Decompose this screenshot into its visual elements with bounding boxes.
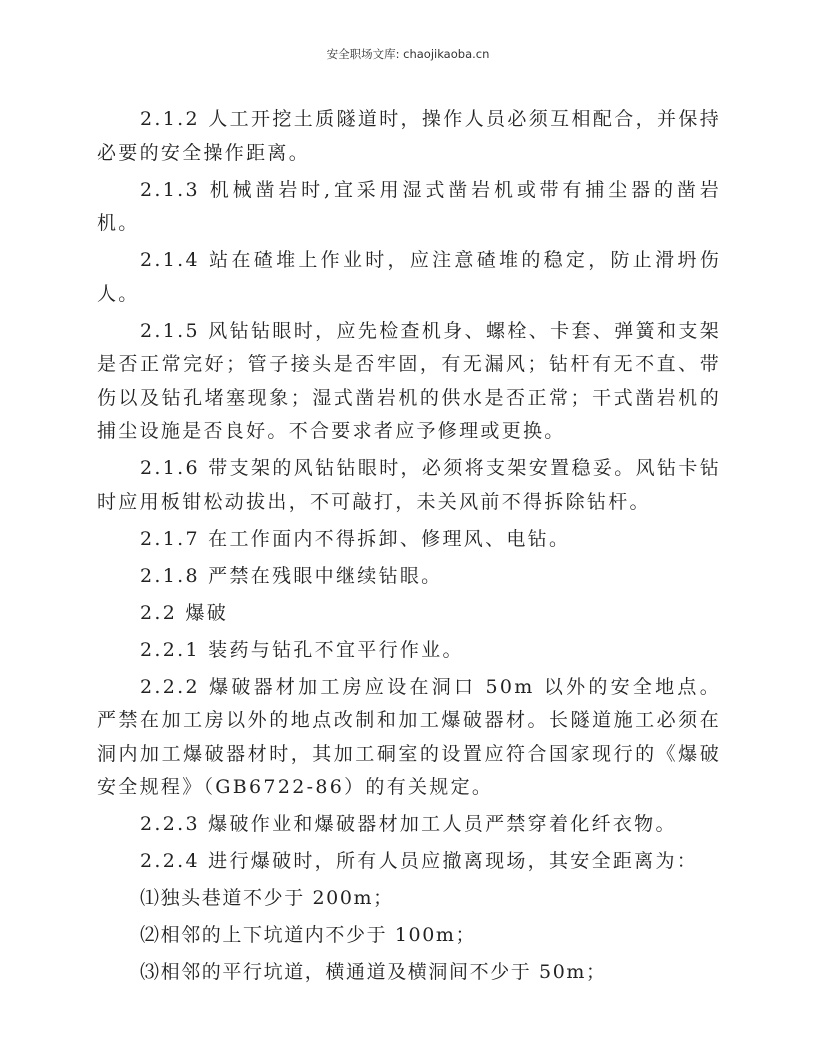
document-body: 2.1.2 人工开挖土质隧道时，操作人员必须互相配合，并保持必要的安全操作距离。… — [97, 103, 721, 993]
paragraph-2-1-7: 2.1.7 在工作面内不得拆卸、修理风、电钻。 — [97, 523, 721, 557]
section-heading-2-2: 2.2 爆破 — [97, 597, 721, 631]
paragraph-2-1-5: 2.1.5 风钻钻眼时，应先检查机身、螺栓、卡套、弹簧和支架是否正常完好；管子接… — [97, 315, 721, 449]
paragraph-2-1-3: 2.1.3 机械凿岩时,宜采用湿式凿岩机或带有捕尘器的凿岩机。 — [97, 174, 721, 241]
paragraph-2-1-8: 2.1.8 严禁在残眼中继续钻眼。 — [97, 560, 721, 594]
paragraph-2-2-4: 2.2.4 进行爆破时，所有人员应撤离现场，其安全距离为： — [97, 845, 721, 879]
list-item-2: ⑵相邻的上下坑道内不少于 100m； — [97, 919, 721, 953]
paragraph-2-1-6: 2.1.6 带支架的风钻钻眼时，必须将支架安置稳妥。风钻卡钻时应用板钳松动拔出，… — [97, 452, 721, 519]
page-header: 安全职场文库: chaojikaoba.cn — [0, 46, 816, 62]
paragraph-2-2-1: 2.2.1 装药与钻孔不宜平行作业。 — [97, 634, 721, 668]
paragraph-2-1-4: 2.1.4 站在碴堆上作业时，应注意碴堆的稳定，防止滑坍伤人。 — [97, 244, 721, 311]
list-item-3: ⑶相邻的平行坑道，横通道及横洞间不少于 50m； — [97, 956, 721, 990]
list-item-1: ⑴独头巷道不少于 200m； — [97, 882, 721, 916]
paragraph-2-2-2: 2.2.2 爆破器材加工房应设在洞口 50m 以外的安全地点。严禁在加工房以外的… — [97, 671, 721, 805]
paragraph-2-1-2: 2.1.2 人工开挖土质隧道时，操作人员必须互相配合，并保持必要的安全操作距离。 — [97, 103, 721, 170]
paragraph-2-2-3: 2.2.3 爆破作业和爆破器材加工人员严禁穿着化纤衣物。 — [97, 808, 721, 842]
